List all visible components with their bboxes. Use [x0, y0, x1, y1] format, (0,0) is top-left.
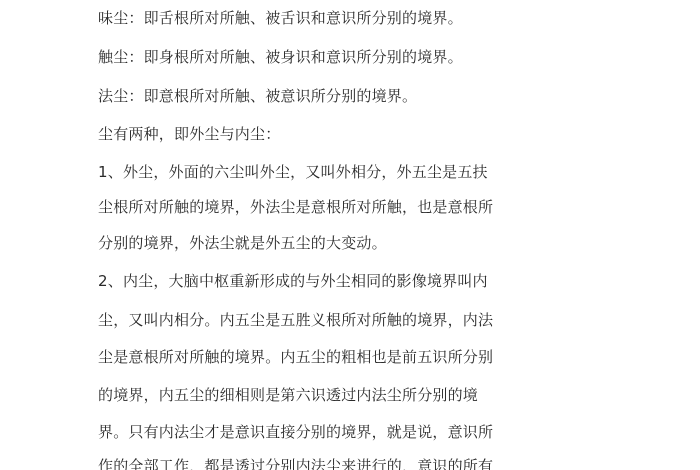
text-line-two-kinds: 尘有两种，即外尘与内尘： — [98, 124, 280, 144]
text-line-inner-4: 的境界，内五尘的细相则是第六识透过内法尘所分别的境 — [98, 385, 478, 405]
text-line-inner-2: 尘，又叫内相分。内五尘是五胜义根所对所触的境界，内法 — [98, 310, 493, 330]
text-line-inner-5: 界。只有内法尘才是意识直接分别的境界，就是说，意识所 — [98, 422, 493, 442]
text-line-inner-1: 2、内尘，大脑中枢重新形成的与外尘相同的影像境界叫内 — [98, 271, 488, 291]
text-line-touch-dust: 触尘：即身根所对所触、被身识和意识所分别的境界。 — [98, 47, 463, 67]
text-line-dharma-dust: 法尘：即意根所对所触、被意识所分别的境界。 — [98, 86, 417, 106]
text-line-inner-3: 尘是意根所对所触的境界。内五尘的粗相也是前五识所分别 — [98, 347, 493, 367]
text-line-outer-2: 尘根所对所触的境界，外法尘是意根所对所触，也是意根所 — [98, 197, 493, 217]
text-line-outer-3: 分别的境界，外法尘就是外五尘的大变动。 — [98, 233, 387, 253]
text-line-outer-1: 1、外尘，外面的六尘叫外尘，又叫外相分，外五尘是五扶 — [98, 162, 488, 182]
text-line-taste-dust: 味尘：即舌根所对所触、被舌识和意识所分别的境界。 — [98, 8, 463, 28]
text-line-inner-6: 作的全部工作，都是透过分别内法尘来进行的，意识的所有 — [98, 456, 493, 470]
